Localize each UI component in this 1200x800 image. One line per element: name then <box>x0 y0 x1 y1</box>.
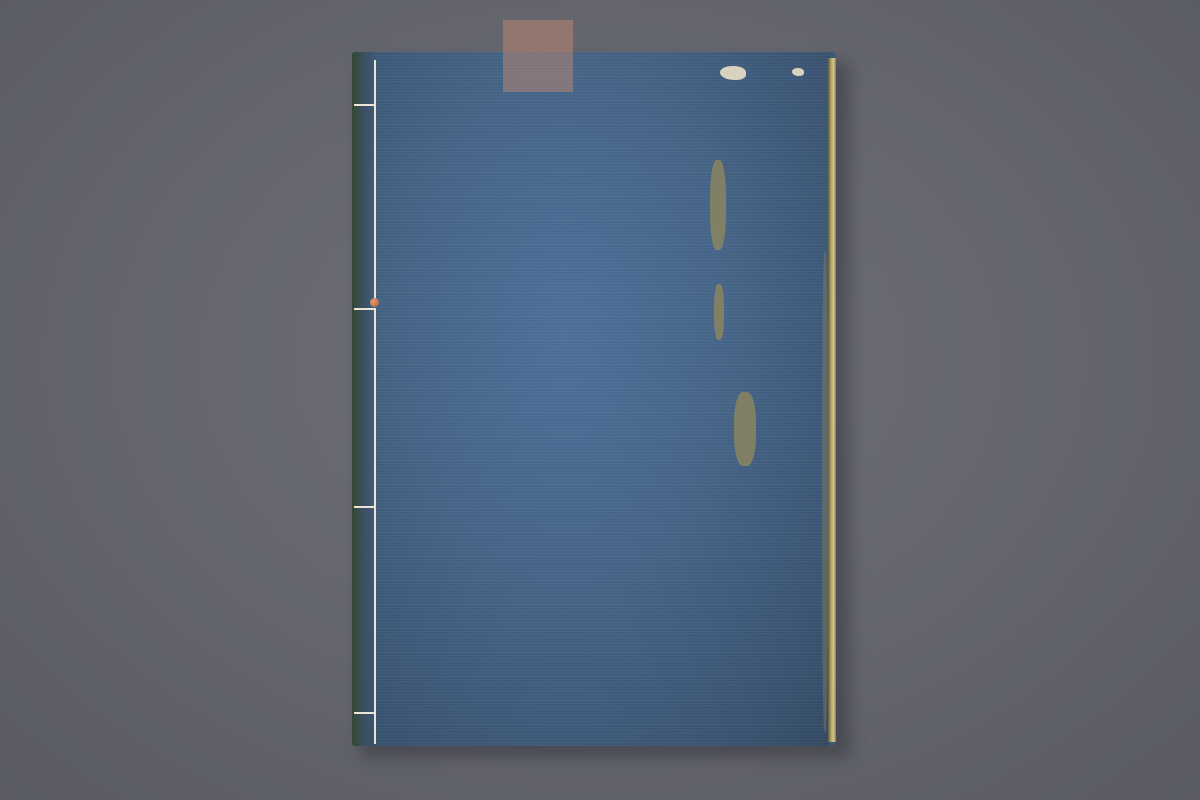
cover-tear <box>720 66 746 80</box>
binding-thread <box>354 308 376 310</box>
catalog-label <box>503 20 573 92</box>
binding-thread <box>374 714 376 744</box>
binding-thread <box>374 106 376 306</box>
cover-wear <box>710 160 726 250</box>
book-cover <box>352 52 830 746</box>
binding-thread <box>354 104 376 106</box>
book <box>352 52 836 746</box>
cover-wear <box>822 252 828 732</box>
page-edges <box>828 58 836 742</box>
binding-thread <box>374 310 376 506</box>
thread-knot <box>370 298 379 307</box>
binding-thread <box>354 506 376 508</box>
cover-wear <box>714 284 724 340</box>
cover-tear <box>792 68 804 76</box>
binding-thread <box>374 508 376 712</box>
cover-wear <box>734 392 756 466</box>
photo-scene <box>0 0 1200 800</box>
binding-thread <box>374 60 376 104</box>
binding-thread <box>354 712 376 714</box>
